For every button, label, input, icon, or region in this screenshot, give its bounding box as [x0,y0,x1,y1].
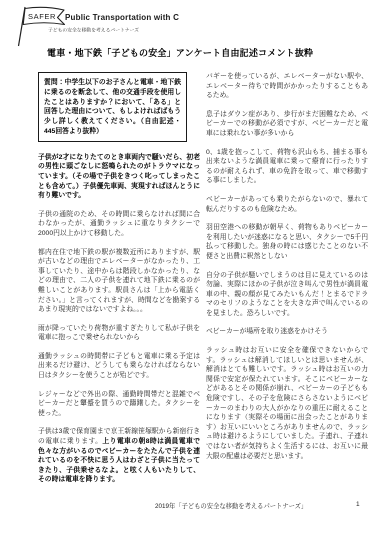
comment-paragraph: 0、1歳を抱っこして、荷物も沢山もち、捕まる事も出来ないような満員電車に乗って療… [206,148,368,186]
logo: SAFER Public Transportation with C 子どもの安… [14,5,234,45]
comment-paragraph: 都内在住で地下鉄の駅が複数近所にありますが、駅が古いなどの理由でエレベーターがな… [38,248,200,315]
comment-paragraph: 子供の通院のため、その時間に乗らなければ間に合わなかったが、通勤ラッシュに重なり… [38,210,200,239]
comment-paragraph: 子供が2才になりたてのとき車両内で騒いだら、初老の男性に頭ごなしに怒鳴られたのが… [38,153,200,201]
comment-paragraph: 子供は3歳で保育園まで京王新線笹塚駅から新宿行きの電車に乗ります。上り電車の朝8… [38,427,200,485]
footer-credit: 2019年「子どもの安全な移動を考えるパートナーズ」 [155,501,307,510]
right-column: バギーを使っているが、エレベーターがない駅や、エレベーター待ちで時間がかかったり… [206,72,368,470]
comment-paragraph: レジャーなどで外出の際、通勤時間帯だと混雑でベビーカーだと顰蹙を買うので躊躇した… [38,390,200,419]
comment-paragraph: ベビーカーが場所を取り迷惑をかけそう [206,327,368,337]
comment-paragraph: 羽田空港への移動が朝早く、荷物もありベビーカーを利用したいが迷惑になると思い、タ… [206,223,368,261]
logo-subtitle: 子どもの安全な移動を考えるパートナーズ [48,26,139,33]
comment-paragraph: 雨が降っていたり荷物が重すぎたりして私が子供を電車に抱っこで乗せられないから [38,324,200,343]
page-title: 電車・地下鉄「子どもの安全」アンケート自由記述コメント抜粋 [47,46,313,59]
comment-paragraph: バギーを使っているが、エレベーターがない駅や、エレベーター待ちで時間がかかったり… [206,72,368,101]
comment-paragraph: ベビーカーがあっても乗りたがらないので、暴れて転んだりするのも危険なため。 [206,195,368,214]
comment-paragraph: 自分の子供が騒いでしまうのは目に見えているのは勿論、実際にほかの子供が泣き叫んで… [206,271,368,319]
question-box: 質問：中学生以下のお子さんと電車・地下鉄に乗るのを断念して、他の交通手段を使用し… [38,72,187,142]
document-page: SAFER Public Transportation with C 子どもの安… [0,0,390,547]
comment-paragraph: 息子はダウン症があり、歩行がまだ困難なため、ベビーカーでの移動が必須ですが、ベビ… [206,110,368,139]
page-number: 1 [356,501,360,508]
logo-title: Public Transportation with C [65,13,179,22]
comment-paragraph: ラッシュ時はお互いに安全を確保できないからです。ラッシュは解消してほしいとは思い… [206,346,368,461]
left-column: 質問：中学生以下のお子さんと電車・地下鉄に乗るのを断念して、他の交通手段を使用し… [38,72,200,494]
comment-paragraph: 通勤ラッシュの時間帯に子どもと電車に乗る予定は出来るだけ避け、どうしても乗らなけ… [38,352,200,381]
flag-text: SAFER [28,12,56,21]
